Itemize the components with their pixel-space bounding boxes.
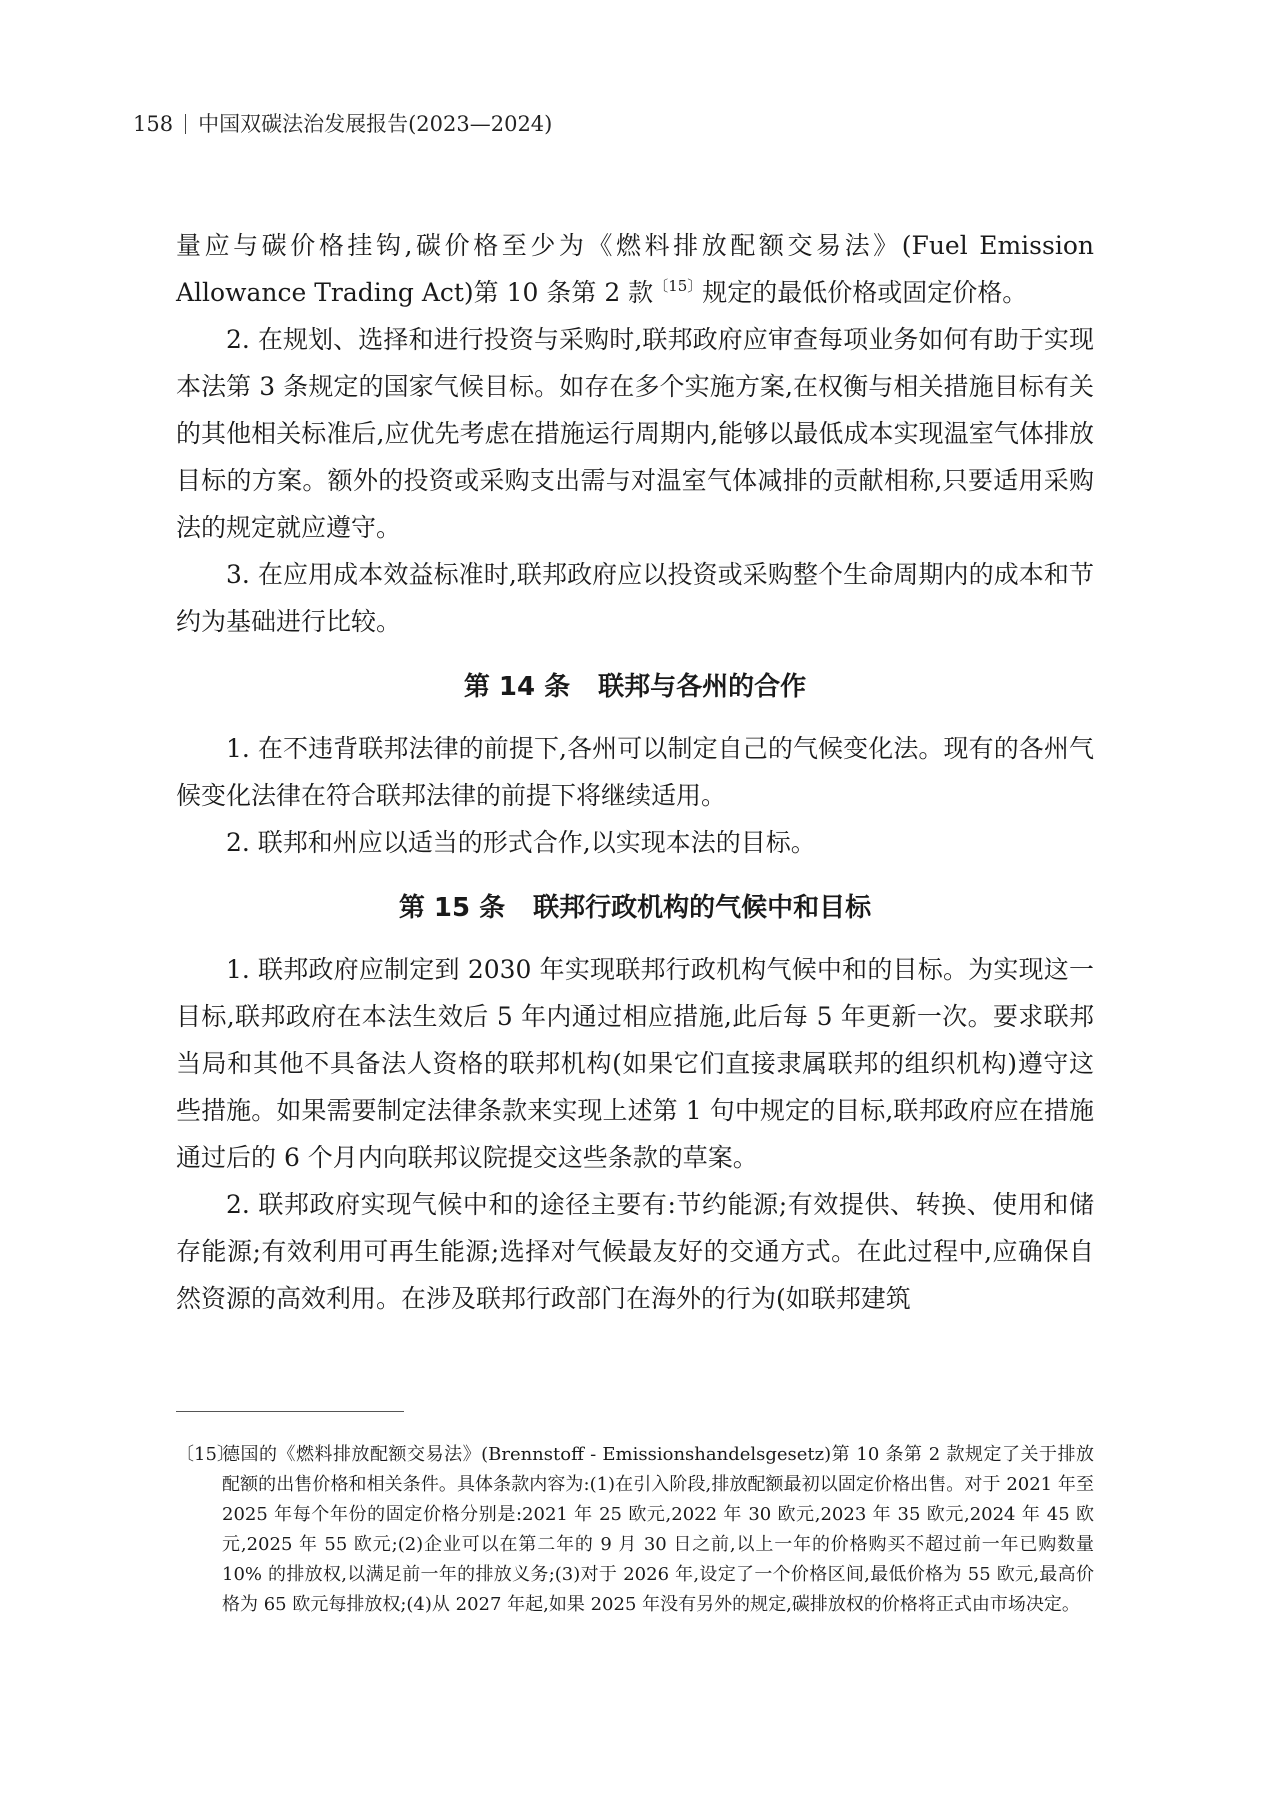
article-15-paragraph-2: 2. 联邦政府实现气候中和的途径主要有:节约能源;有效提供、转换、使用和储存能源… [176, 1181, 1094, 1322]
footnote-text: 德国的《燃料排放配额交易法》(Brennstoff - Emissionshan… [222, 1440, 1094, 1620]
footnote-mark: 〔15〕 [176, 1440, 222, 1620]
article-14-paragraph-2: 2. 联邦和州应以适当的形式合作,以实现本法的目标。 [176, 819, 1094, 866]
paragraph-2: 2. 在规划、选择和进行投资与采购时,联邦政府应审查每项业务如何有助于实现本法第… [176, 316, 1094, 551]
paragraph-3: 3. 在应用成本效益标准时,联邦政府应以投资或采购整个生命周期内的成本和节约为基… [176, 551, 1094, 645]
paragraph-text: 规定的最低价格或固定价格。 [702, 278, 1027, 307]
article-number: 第 14 条 [464, 672, 570, 702]
footnote-15: 〔15〕 德国的《燃料排放配额交易法》(Brennstoff - Emissio… [176, 1440, 1094, 1620]
running-head: 158中国双碳法治发展报告(2023—2024) [133, 110, 552, 138]
article-title: 联邦与各州的合作 [598, 672, 806, 702]
main-text: 量应与碳价格挂钩,碳价格至少为《燃料排放配额交易法》(Fuel Emission… [176, 222, 1094, 1322]
article-15-heading: 第 15 条联邦行政机构的气候中和目标 [176, 892, 1094, 924]
article-title: 联邦行政机构的气候中和目标 [533, 893, 871, 923]
article-14-heading: 第 14 条联邦与各州的合作 [176, 671, 1094, 703]
footnotes: 〔15〕 德国的《燃料排放配额交易法》(Brennstoff - Emissio… [176, 1440, 1094, 1620]
article-15-paragraph-1: 1. 联邦政府应制定到 2030 年实现联邦行政机构气候中和的目标。为实现这一目… [176, 946, 1094, 1181]
footnote-reference[interactable]: 〔15〕 [653, 277, 702, 295]
article-14-paragraph-1: 1. 在不违背联邦法律的前提下,各州可以制定自己的气候变化法。现有的各州气候变化… [176, 725, 1094, 819]
paragraph-continued: 量应与碳价格挂钩,碳价格至少为《燃料排放配额交易法》(Fuel Emission… [176, 222, 1094, 316]
book-title: 中国双碳法治发展报告(2023—2024) [198, 112, 552, 136]
footnote-divider [176, 1411, 404, 1412]
header-divider [185, 114, 186, 134]
page-number: 158 [133, 112, 173, 136]
article-number: 第 15 条 [399, 893, 505, 923]
